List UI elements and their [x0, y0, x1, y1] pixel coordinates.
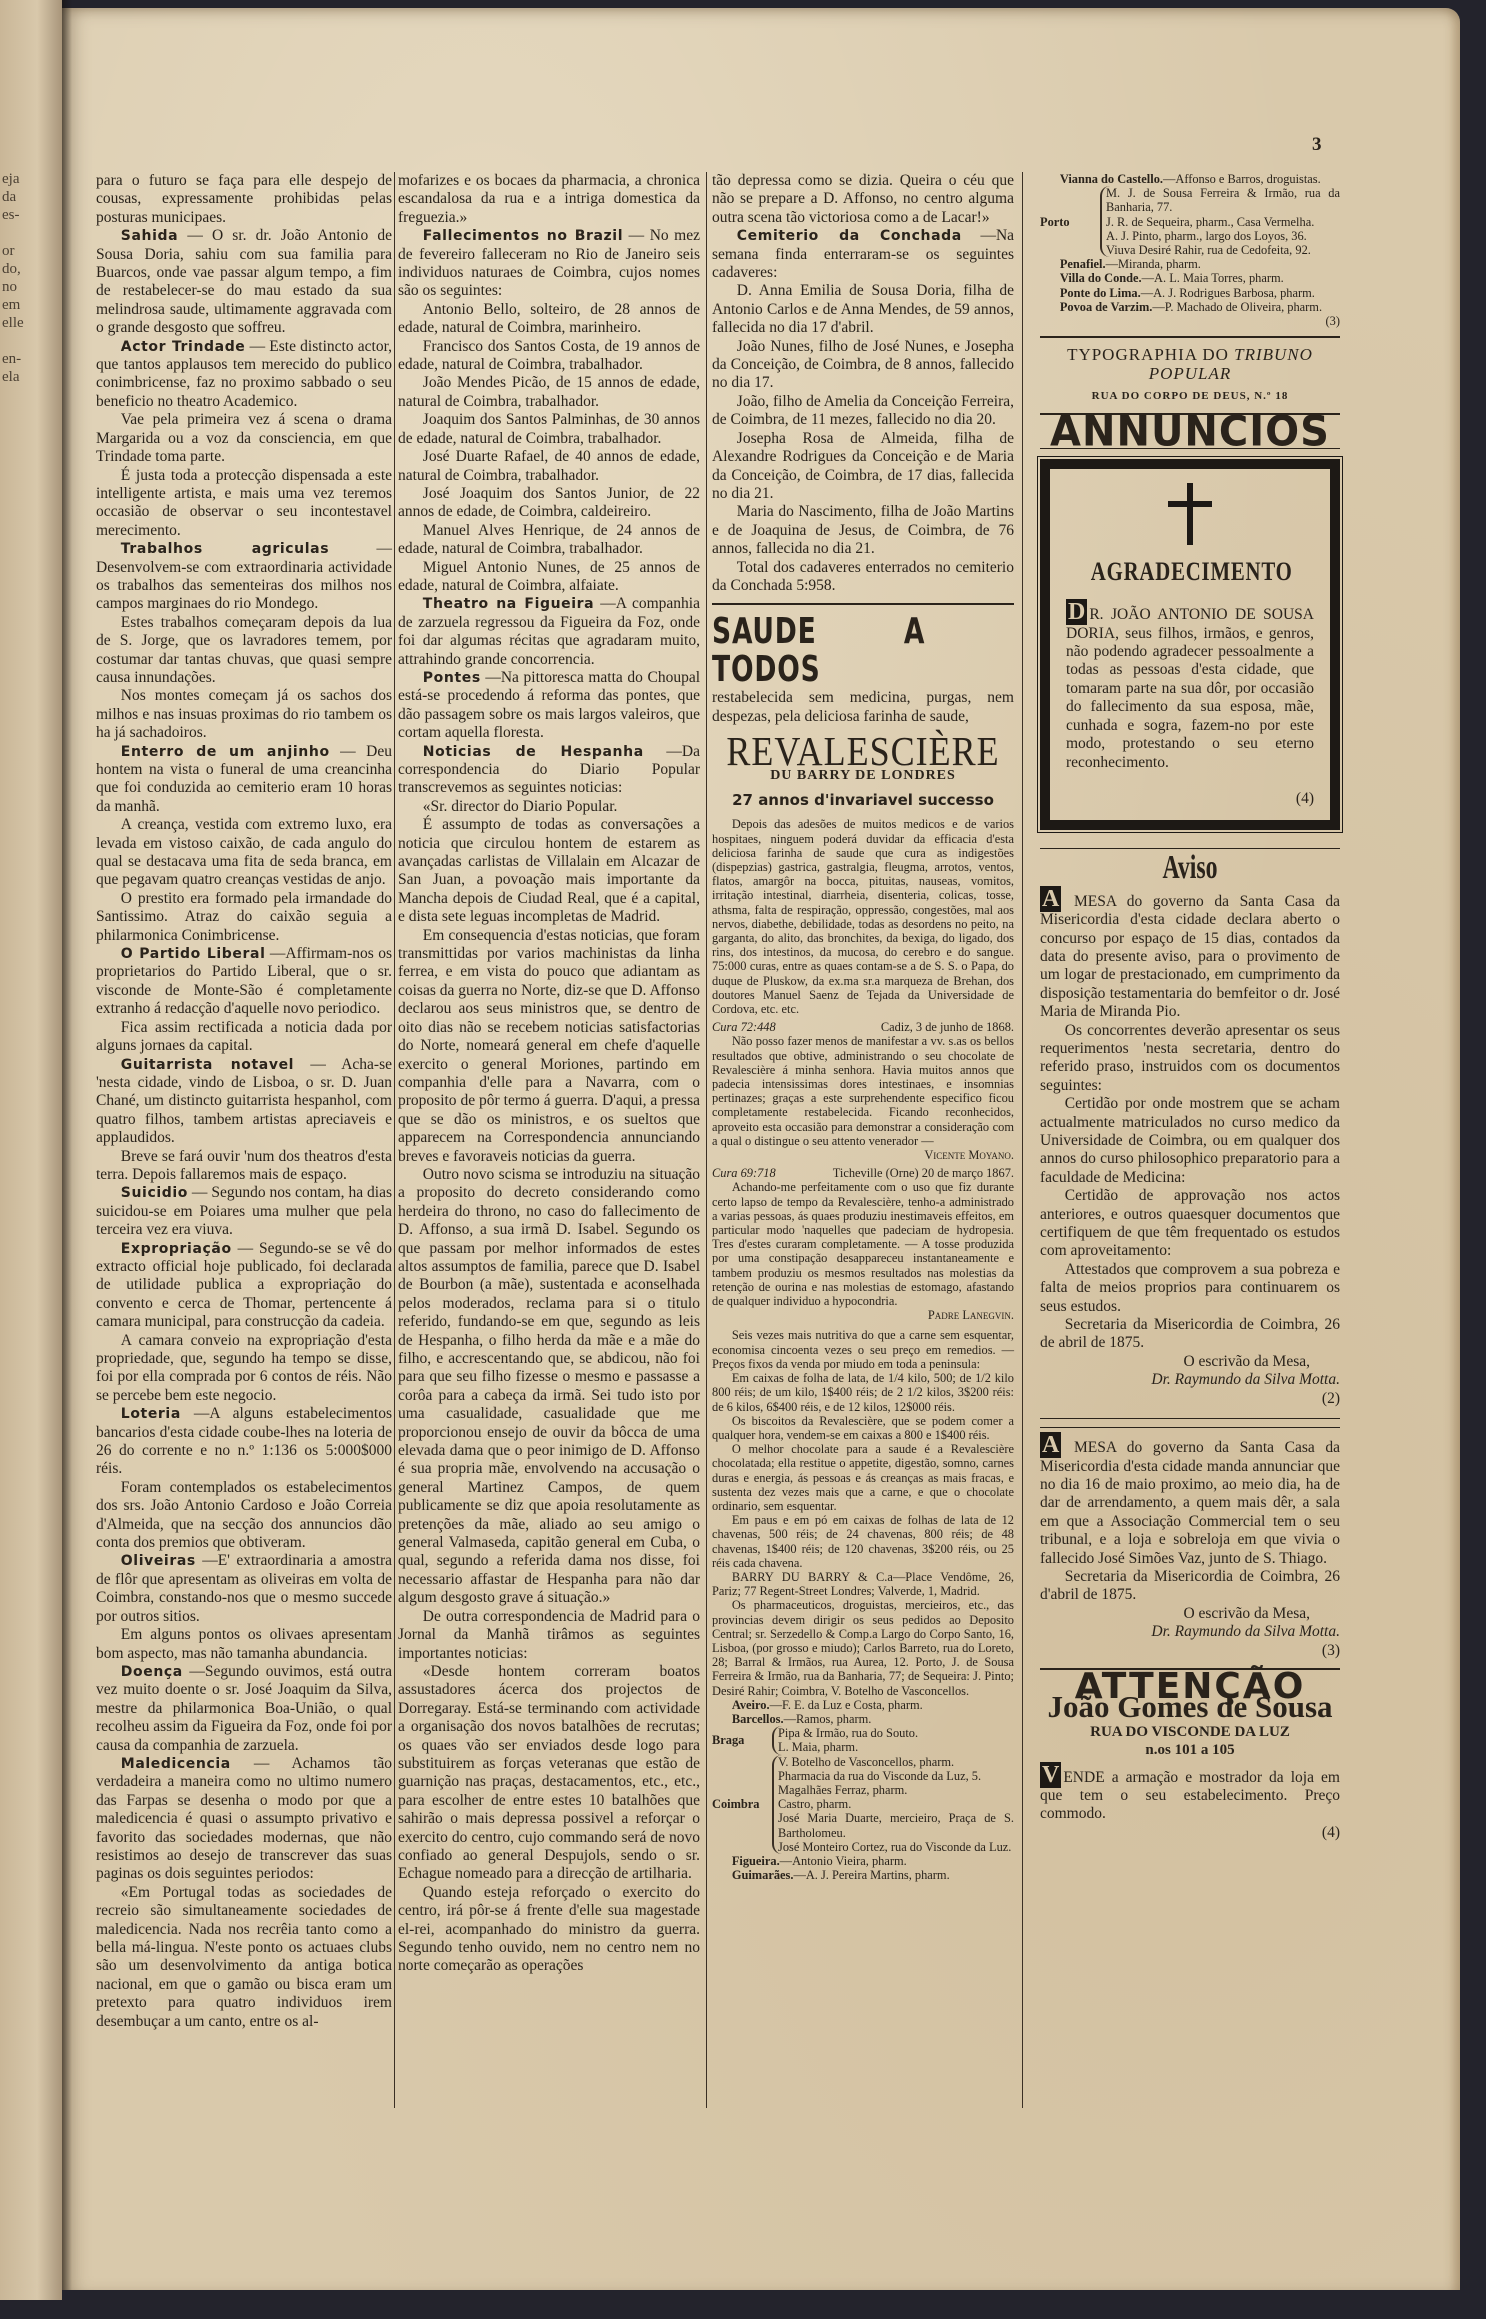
dropcap: D: [1066, 599, 1087, 625]
directory-city: Vianna do Castello.: [1060, 172, 1163, 186]
notice-text: Certidão por onde mostrem que se acham a…: [1040, 1095, 1340, 1186]
news-item: «Desde hontem correram boatos assustador…: [398, 1663, 700, 1884]
directory-entry: —Miranda, pharm.: [1106, 257, 1201, 271]
directory-entry: —Affonso e Barros, droguistas.: [1163, 172, 1321, 186]
advert-body: Depois das adesões de muitos medicos e d…: [712, 817, 1014, 1016]
directory-row: Figueira.—Antonio Vieira, pharm.: [712, 1854, 1014, 1868]
ad-reference: (4): [1066, 790, 1314, 808]
signoff: O escrivão da Mesa,: [1040, 1605, 1340, 1623]
ad-reference: (2): [1040, 1390, 1340, 1408]
news-item: Quando esteja reforçado o exercito do ce…: [398, 1884, 700, 1976]
notice-paragraph: Secretaria da Misericordia de Coimbra, 2…: [1040, 1568, 1340, 1605]
news-item: José Duarte Rafael, de 40 annos de edade…: [398, 448, 700, 485]
news-item-text: Em alguns pontos os olivaes apresentam b…: [96, 1626, 392, 1661]
cure-number: Cura 72:448: [712, 1020, 776, 1034]
news-item-text: É justa toda a protecção dispensada a es…: [96, 467, 392, 539]
news-item: É justa toda a protecção dispensada a es…: [96, 467, 392, 541]
dropcap: V: [1040, 1762, 1061, 1788]
news-item-text: Manuel Alves Henrique, de 24 annos de ed…: [398, 522, 700, 557]
column-rule-2: [706, 172, 707, 2108]
news-item-heading: Doença: [121, 1664, 183, 1680]
news-item: Total dos cadaveres enterrados no cemite…: [712, 559, 1014, 596]
notice-paragraph: Secretaria da Misericordia de Coimbra, 2…: [1040, 1316, 1340, 1353]
notice-text: Certidão de approvação nos actos anterio…: [1040, 1187, 1340, 1259]
news-item-text: José Joaquim dos Santos Junior, de 22 an…: [398, 485, 700, 520]
section-divider: [712, 603, 1014, 605]
directory-entries: Pipa & Irmão, rua do Souto.L. Maia, phar…: [772, 1726, 918, 1754]
news-item-heading: Guitarrista notavel: [121, 1057, 294, 1073]
news-item: Antonio Bello, solteiro, de 28 annos de …: [398, 301, 700, 338]
news-item: A camara conveio na expropriação d'esta …: [96, 1332, 392, 1406]
news-item: Trabalhos agriculas — Desenvolvem-se com…: [96, 540, 392, 614]
news-item-text: Fica assim rectificada a noticia dada po…: [96, 1019, 392, 1054]
news-item-text: «Desde hontem correram boatos assustador…: [398, 1663, 700, 1882]
news-item: De outra correspondencia de Madrid para …: [398, 1608, 700, 1663]
directory-city: Villa do Conde.: [1060, 271, 1142, 285]
notice-paragraph: A MESA do governo da Santa Casa da Miser…: [1040, 890, 1340, 1022]
news-item-text: «Em Portugal todas as sociedades de recr…: [96, 1884, 392, 2030]
agents-directory-continued: Vianna do Castello.—Affonso e Barros, dr…: [1040, 172, 1340, 314]
news-item: «Sr. director do Diario Popular.: [398, 798, 700, 816]
directory-entry: José Monteiro Cortez, rua do Visconde da…: [778, 1840, 1014, 1854]
news-items: mofarizes e os bocaes da pharmacia, a ch…: [398, 172, 700, 1976]
news-item: Theatro na Figueira —A companhia de zarz…: [398, 595, 700, 669]
news-item-text: Quando esteja reforçado o exercito do ce…: [398, 1884, 700, 1975]
news-item-text: Miguel Antonio Nunes, de 25 annos de eda…: [398, 559, 700, 594]
news-column-3: tão depressa como se dizia. Queira o céu…: [712, 172, 1014, 1882]
news-item: É assumpto de todas as conversações a no…: [398, 816, 700, 926]
section-divider: [1040, 1427, 1340, 1428]
directory-row: Aveiro.—F. E. da Luz e Costa, pharm.: [712, 1698, 1014, 1712]
previous-page-text-fragments: eja da es- or do, no em elle en- ela: [2, 170, 58, 386]
attencao-advert: ATTENÇÃO João Gomes de Sousa RUA DO VISC…: [1040, 1678, 1340, 1842]
cure-signature: Padre Lanegvin.: [712, 1308, 1014, 1322]
notice-paragraph: A MESA do governo da Santa Casa da Miser…: [1040, 1436, 1340, 1568]
news-item: Fica assim rectificada a noticia dada po…: [96, 1019, 392, 1056]
notice-text: MESA do governo da Santa Casa da Miseric…: [1040, 893, 1340, 1020]
dropcap: A: [1040, 1432, 1061, 1458]
news-item-heading: Pontes: [423, 670, 481, 686]
directory-row: BragaPipa & Irmão, rua do Souto.L. Maia,…: [712, 1726, 1014, 1754]
aviso-heading: Aviso: [1085, 859, 1295, 877]
directory-entry: José Maria Duarte, mercieiro, Praça de S…: [778, 1811, 1014, 1839]
news-item: Cemiterio da Conchada —Na semana finda e…: [712, 227, 1014, 282]
directory-entry: —Ramos, pharm.: [784, 1712, 872, 1726]
news-item: Guitarrista notavel — Acha-se 'nesta cid…: [96, 1056, 392, 1148]
news-item-heading: Expropriação: [121, 1241, 232, 1257]
directory-city: Ponte do Lima.: [1060, 286, 1141, 300]
signer: Dr. Raymundo da Silva Motta.: [1040, 1371, 1340, 1389]
news-item: Francisco dos Santos Costa, de 19 annos …: [398, 338, 700, 375]
news-item-text: João Mendes Picão, de 15 annos de edade,…: [398, 374, 700, 409]
notice-title: AGRADECIMENTO: [1091, 563, 1289, 581]
news-item: Josepha Rosa de Almeida, filha de Alexan…: [712, 430, 1014, 504]
news-item: tão depressa como se dizia. Queira o céu…: [712, 172, 1014, 227]
column-rule-1: [394, 172, 395, 2108]
news-item: João, filho de Amelia da Conceição Ferre…: [712, 393, 1014, 430]
news-item-text: Francisco dos Santos Costa, de 19 annos …: [398, 338, 700, 373]
news-item: Noticias de Hespanha —Da correspondencia…: [398, 743, 700, 798]
directory-entry: Castro, pharm.: [778, 1797, 1014, 1811]
news-item-text: Breve se fará ouvir 'num dos theatros d'…: [96, 1148, 392, 1183]
news-item-text: D. Anna Emilia de Sousa Doria, filha de …: [712, 282, 1014, 336]
directory-entry: —A. J. Rodrigues Barbosa, pharm.: [1141, 286, 1315, 300]
news-item-heading: Theatro na Figueira: [423, 596, 594, 612]
news-item: Estes trabalhos começaram depois da lua …: [96, 614, 392, 688]
directory-row: Povoa de Varzim.—P. Machado de Oliveira,…: [1040, 300, 1340, 314]
notice-text: Os concorrentes deverão apresentar os se…: [1040, 1022, 1340, 1094]
news-item: Vae pela primeira vez á scena o drama Ma…: [96, 411, 392, 466]
section-divider: [1040, 1418, 1340, 1419]
merchant-numbers: n.os 101 a 105: [1040, 1741, 1340, 1759]
advert-headline: SAUDE A TODOS: [712, 613, 925, 689]
news-item: Doença —Segundo ouvimos, está outra vez …: [96, 1663, 392, 1755]
imprint-label: TYPOGRAPHIA DO: [1067, 345, 1234, 364]
news-item-heading: Trabalhos agriculas: [121, 541, 329, 557]
directory-city: Penafiel.: [1060, 257, 1106, 271]
merchant-name: João Gomes de Sousa: [1040, 1698, 1340, 1716]
notice-paragraph: Certidão por onde mostrem que se acham a…: [1040, 1095, 1340, 1187]
cure-header: Cura 72:448Cadiz, 3 de junho de 1868.: [712, 1020, 1014, 1034]
news-item: O Partido Liberal —Affirmam-nos os propr…: [96, 945, 392, 1019]
directory-city: Coimbra: [712, 1797, 772, 1811]
notice-text: MESA do governo da Santa Casa da Miseric…: [1040, 1439, 1340, 1566]
directory-city: Barcellos.: [732, 1712, 784, 1726]
cross-icon: [1168, 483, 1212, 545]
directory-entry: —P. Machado de Oliveira, pharm.: [1152, 300, 1322, 314]
news-item: Foram contemplados os estabelecimentos d…: [96, 1479, 392, 1553]
news-item: Breve se fará ouvir 'num dos theatros d'…: [96, 1148, 392, 1185]
news-item: Actor Trindade — Este distincto actor, q…: [96, 338, 392, 412]
news-item: A creança, vestida com extremo luxo, era…: [96, 816, 392, 890]
directory-entries: V. Botelho de Vasconcellos, pharm.Pharma…: [772, 1755, 1014, 1854]
page-bottom-edge: [62, 2290, 1460, 2319]
notice-text: Secretaria da Misericordia de Coimbra, 2…: [1040, 1568, 1340, 1603]
notice-text: Secretaria da Misericordia de Coimbra, 2…: [1040, 1316, 1340, 1351]
directory-entry: L. Maia, pharm.: [778, 1740, 918, 1754]
directory-row: PortoM. J. de Sousa Ferreira & Irmão, ru…: [1040, 186, 1340, 257]
cure-signature: Vicente Moyano.: [712, 1148, 1014, 1162]
news-item-text: João Nunes, filho de José Nunes, e Josep…: [712, 338, 1014, 392]
cure-place-date: Cadiz, 3 de junho de 1868.: [881, 1020, 1014, 1034]
news-item: Fallecimentos no Brazil — No mez de feve…: [398, 227, 700, 301]
column-rule-3: [1022, 172, 1023, 2108]
notice-paragraph: Certidão de approvação nos actos anterio…: [1040, 1187, 1340, 1261]
revalesciere-advert: SAUDE A TODOS restabelecida sem medicina…: [712, 613, 1014, 1882]
agents-directory: Aveiro.—F. E. da Luz e Costa, pharm.Barc…: [712, 1698, 1014, 1883]
news-item: D. Anna Emilia de Sousa Doria, filha de …: [712, 282, 1014, 337]
news-item: Oliveiras —E' extraordinaria a amostra d…: [96, 1552, 392, 1626]
news-item: O prestito era formado pela irmandade do…: [96, 890, 392, 945]
news-item: Sahida — O sr. dr. João Antonio de Sousa…: [96, 227, 392, 337]
directory-entry: Pharmacia da rua do Visconde da Luz, 5.: [778, 1769, 1014, 1783]
directory-city: Braga: [712, 1733, 772, 1747]
section-divider: [1040, 336, 1340, 338]
news-item: Expropriação — Segundo-se se vê do extra…: [96, 1240, 392, 1332]
news-item-text: Foram contemplados os estabelecimentos d…: [96, 1479, 392, 1551]
cure-header: Cura 69:718Ticheville (Orne) 20 de março…: [712, 1166, 1014, 1180]
news-item: Maria do Nascimento, filha de João Marti…: [712, 503, 1014, 558]
news-item: José Joaquim dos Santos Junior, de 22 an…: [398, 485, 700, 522]
ad-reference: (3): [1040, 314, 1340, 328]
directory-city: Figueira.: [732, 1854, 780, 1868]
notice-paragraph: Attestados que comprovem a sua pobreza e…: [1040, 1261, 1340, 1316]
news-column-1: para o futuro se faça para elle despejo …: [96, 172, 392, 2031]
typography-imprint: TYPOGRAPHIA DO TRIBUNO POPULAR: [1040, 346, 1340, 383]
powder-prices: Em paus e em pó em caixas de folhas de l…: [712, 1513, 1014, 1570]
news-item-heading: O Partido Liberal: [121, 946, 266, 962]
ad-reference: (4): [1040, 1824, 1340, 1842]
news-item-text: A creança, vestida com extremo luxo, era…: [96, 816, 392, 888]
ad-reference: (3): [1040, 1642, 1340, 1660]
depots: Os pharmaceuticos, droguistas, mercieiro…: [712, 1598, 1014, 1697]
news-item: Em consequencia d'estas noticias, que fo…: [398, 927, 700, 1166]
merchant-street: RUA DO VISCONDE DA LUZ: [1040, 1723, 1340, 1741]
news-item-text: Joaquim dos Santos Palminhas, de 30 anno…: [398, 411, 700, 446]
news-item: João Nunes, filho de José Nunes, e Josep…: [712, 338, 1014, 393]
news-item-text: João, filho de Amelia da Conceição Ferre…: [712, 393, 1014, 428]
news-item-text: Em consequencia d'estas noticias, que fo…: [398, 927, 700, 1165]
news-item-text: Nos montes começam já os sachos dos milh…: [96, 687, 392, 741]
news-item-heading: Noticias de Hespanha: [423, 744, 644, 760]
news-item: Em alguns pontos os olivaes apresentam b…: [96, 1626, 392, 1663]
directory-city: Aveiro.: [732, 1698, 770, 1712]
news-item-heading: Loteria: [121, 1406, 181, 1422]
news-item: mofarizes e os bocaes da pharmacia, a ch…: [398, 172, 700, 227]
chocolate: O melhor chocolate para a saude é a Reva…: [712, 1442, 1014, 1513]
page-number: 3: [1312, 134, 1322, 156]
news-item-text: Josepha Rosa de Almeida, filha de Alexan…: [712, 430, 1014, 502]
dropcap: A: [1040, 886, 1061, 912]
cure-number: Cura 69:718: [712, 1166, 776, 1180]
directory-city: Povoa de Varzim.: [1060, 300, 1153, 314]
directory-row: Vianna do Castello.—Affonso e Barros, dr…: [1040, 172, 1340, 186]
news-item: Enterro de um anjinho — Deu hontem na vi…: [96, 743, 392, 817]
signer: Dr. Raymundo da Silva Motta.: [1040, 1623, 1340, 1641]
prices-intro: Seis vezes mais nutritiva do que a carne…: [712, 1328, 1014, 1371]
company-address: BARRY DU BARRY & C.a—Place Vendôme, 26, …: [712, 1570, 1014, 1598]
advert-title: REVALESCIÈRE: [712, 741, 1014, 762]
notice-paragraph: Os concorrentes deverão apresentar os se…: [1040, 1022, 1340, 1096]
news-item: Miguel Antonio Nunes, de 25 annos de eda…: [398, 559, 700, 596]
news-item-text: Maria do Nascimento, filha de João Marti…: [712, 503, 1014, 557]
news-item-text: O prestito era formado pela irmandade do…: [96, 890, 392, 944]
aviso-notice: A MESA do governo da Santa Casa da Miser…: [1040, 890, 1340, 1353]
directory-entry: Magalhães Ferraz, pharm.: [778, 1783, 1014, 1797]
news-items: tão depressa como se dizia. Queira o céu…: [712, 172, 1014, 595]
news-item-heading: Oliveiras: [121, 1553, 196, 1569]
news-item: Suicidio — Segundo nos contam, ha dias s…: [96, 1184, 392, 1239]
directory-entry: J. R. de Sequeira, pharm., Casa Vermelha…: [1106, 215, 1340, 229]
directory-row: Guimarães.—A. J. Pereira Martins, pharm.: [712, 1868, 1014, 1882]
news-item: Joaquim dos Santos Palminhas, de 30 anno…: [398, 411, 700, 448]
cure-testimonial: Cura 72:448Cadiz, 3 de junho de 1868.Não…: [712, 1020, 1014, 1162]
notice-text: R. JOÃO ANTONIO DE SOUSA DORIA, seus fil…: [1066, 606, 1314, 770]
directory-row: Penafiel.—Miranda, pharm.: [1040, 257, 1340, 271]
cure-text: Não posso fazer menos de manifestar a vv…: [712, 1034, 1014, 1148]
news-item-text: mofarizes e os bocaes da pharmacia, a ch…: [398, 172, 700, 226]
news-item-text: A camara conveio na expropriação d'esta …: [96, 1332, 392, 1404]
signoff: O escrivão da Mesa,: [1040, 1353, 1340, 1371]
cure-testimonial: Cura 69:718Ticheville (Orne) 20 de março…: [712, 1166, 1014, 1322]
news-item: «Em Portugal todas as sociedades de recr…: [96, 1884, 392, 2031]
biscuits: Os biscoitos da Revalescière, que se pod…: [712, 1414, 1014, 1442]
directory-entry: Viuva Desiré Rahir, rua de Cedofeita, 92…: [1106, 243, 1340, 257]
news-column-2: mofarizes e os bocaes da pharmacia, a ch…: [398, 172, 700, 1976]
news-item: Nos montes começam já os sachos dos milh…: [96, 687, 392, 742]
news-item-text: Total dos cadaveres enterrados no cemite…: [712, 559, 1014, 594]
cure-testimonials: Cura 72:448Cadiz, 3 de junho de 1868.Não…: [712, 1020, 1014, 1322]
news-item-text: «Sr. director do Diario Popular.: [423, 798, 618, 815]
news-items: Sahida — O sr. dr. João Antonio de Sousa…: [96, 227, 392, 2031]
directory-city: Porto: [1040, 215, 1100, 229]
news-item-text: É assumpto de todas as conversações a no…: [398, 816, 700, 925]
advert-success-line: 27 annos d'invariavel successo: [712, 791, 1014, 809]
agradecimento-notice: AGRADECIMENTO DR. JOÃO ANTONIO DE SOUSA …: [1040, 459, 1340, 830]
directory-row: Barcellos.—Ramos, pharm.: [712, 1712, 1014, 1726]
prices: Em caixas de folha de lata, de 1/4 kilo,…: [712, 1371, 1014, 1414]
typography-address: RUA DO CORPO DE DEUS, N.º 18: [1040, 387, 1340, 405]
directory-row: Ponte do Lima.—A. J. Rodrigues Barbosa, …: [1040, 286, 1340, 300]
news-item-heading: Enterro de um anjinho: [121, 744, 330, 760]
news-item: João Mendes Picão, de 15 annos de edade,…: [398, 374, 700, 411]
news-item-heading: Fallecimentos no Brazil: [423, 228, 623, 244]
news-item: Outro novo scisma se introduziu na situa…: [398, 1166, 700, 1608]
news-item: Loteria —A alguns estabelecimentos banca…: [96, 1405, 392, 1479]
news-item-text: De outra correspondencia de Madrid para …: [398, 1608, 700, 1662]
directory-entry: Pipa & Irmão, rua do Souto.: [778, 1726, 918, 1740]
advert-column: Vianna do Castello.—Affonso e Barros, dr…: [1040, 172, 1340, 1842]
advert-text: ENDE a armação e mostrador da loja em qu…: [1040, 1769, 1340, 1823]
news-item-text: Vae pela primeira vez á scena o drama Ma…: [96, 411, 392, 465]
news-item-text: Estes trabalhos começaram depois da lua …: [96, 614, 392, 686]
directory-entry: A. J. Pinto, pharm., largo dos Loyos, 36…: [1106, 229, 1340, 243]
advert-lead: restabelecida sem medicina, purgas, nem …: [712, 689, 1014, 724]
news-item-heading: Actor Trindade: [121, 339, 246, 355]
news-item-heading: Cemiterio da Conchada: [737, 228, 962, 244]
previous-page-edge: eja da es- or do, no em elle en- ela: [0, 0, 62, 2300]
directory-entry: V. Botelho de Vasconcellos, pharm.: [778, 1755, 1014, 1769]
news-item-text: Outro novo scisma se introduziu na situa…: [398, 1166, 700, 1606]
article-continuation: para o futuro se faça para elle despejo …: [96, 172, 392, 227]
news-item-heading: Sahida: [121, 228, 178, 244]
arrendamento-notice: A MESA do governo da Santa Casa da Miser…: [1040, 1436, 1340, 1605]
directory-entry: —A. L. Maia Torres, pharm.: [1142, 271, 1284, 285]
directory-entry: M. J. de Sousa Ferreira & Irmão, rua da …: [1106, 186, 1340, 214]
annuncios-heading: ANNUNCIOS: [1040, 423, 1340, 442]
directory-row: Villa do Conde.—A. L. Maia Torres, pharm…: [1040, 271, 1340, 285]
news-item: Pontes —Na pittoresca matta do Choupal e…: [398, 669, 700, 743]
news-item-heading: Maledicencia: [121, 1756, 231, 1772]
news-item: Maledicencia — Achamos tão verdadeira a …: [96, 1755, 392, 1884]
news-item-text: Antonio Bello, solteiro, de 28 annos de …: [398, 301, 700, 336]
directory-city: Guimarães.: [732, 1868, 794, 1882]
notice-text: Attestados que comprovem a sua pobreza e…: [1040, 1261, 1340, 1315]
news-item-text: José Duarte Rafael, de 40 annos de edade…: [398, 448, 700, 483]
directory-entry: —F. E. da Luz e Costa, pharm.: [770, 1698, 923, 1712]
news-item-text: tão depressa como se dizia. Queira o céu…: [712, 172, 1014, 226]
news-item: Manuel Alves Henrique, de 24 annos de ed…: [398, 522, 700, 559]
directory-row: CoimbraV. Botelho de Vasconcellos, pharm…: [712, 1755, 1014, 1854]
cure-place-date: Ticheville (Orne) 20 de março 1867.: [833, 1166, 1014, 1180]
news-item-heading: Suicidio: [121, 1185, 188, 1201]
news-item-text: — Achamos tão verdadeira a maneira como …: [96, 1755, 392, 1882]
binding-gutter: [62, 0, 72, 2319]
cure-text: Achando-me perfeitamente com o uso que f…: [712, 1180, 1014, 1308]
directory-entries: M. J. de Sousa Ferreira & Irmão, rua da …: [1100, 186, 1340, 257]
directory-entry: —Antonio Vieira, pharm.: [780, 1854, 907, 1868]
directory-entry: —A. J. Pereira Martins, pharm.: [793, 1868, 949, 1882]
